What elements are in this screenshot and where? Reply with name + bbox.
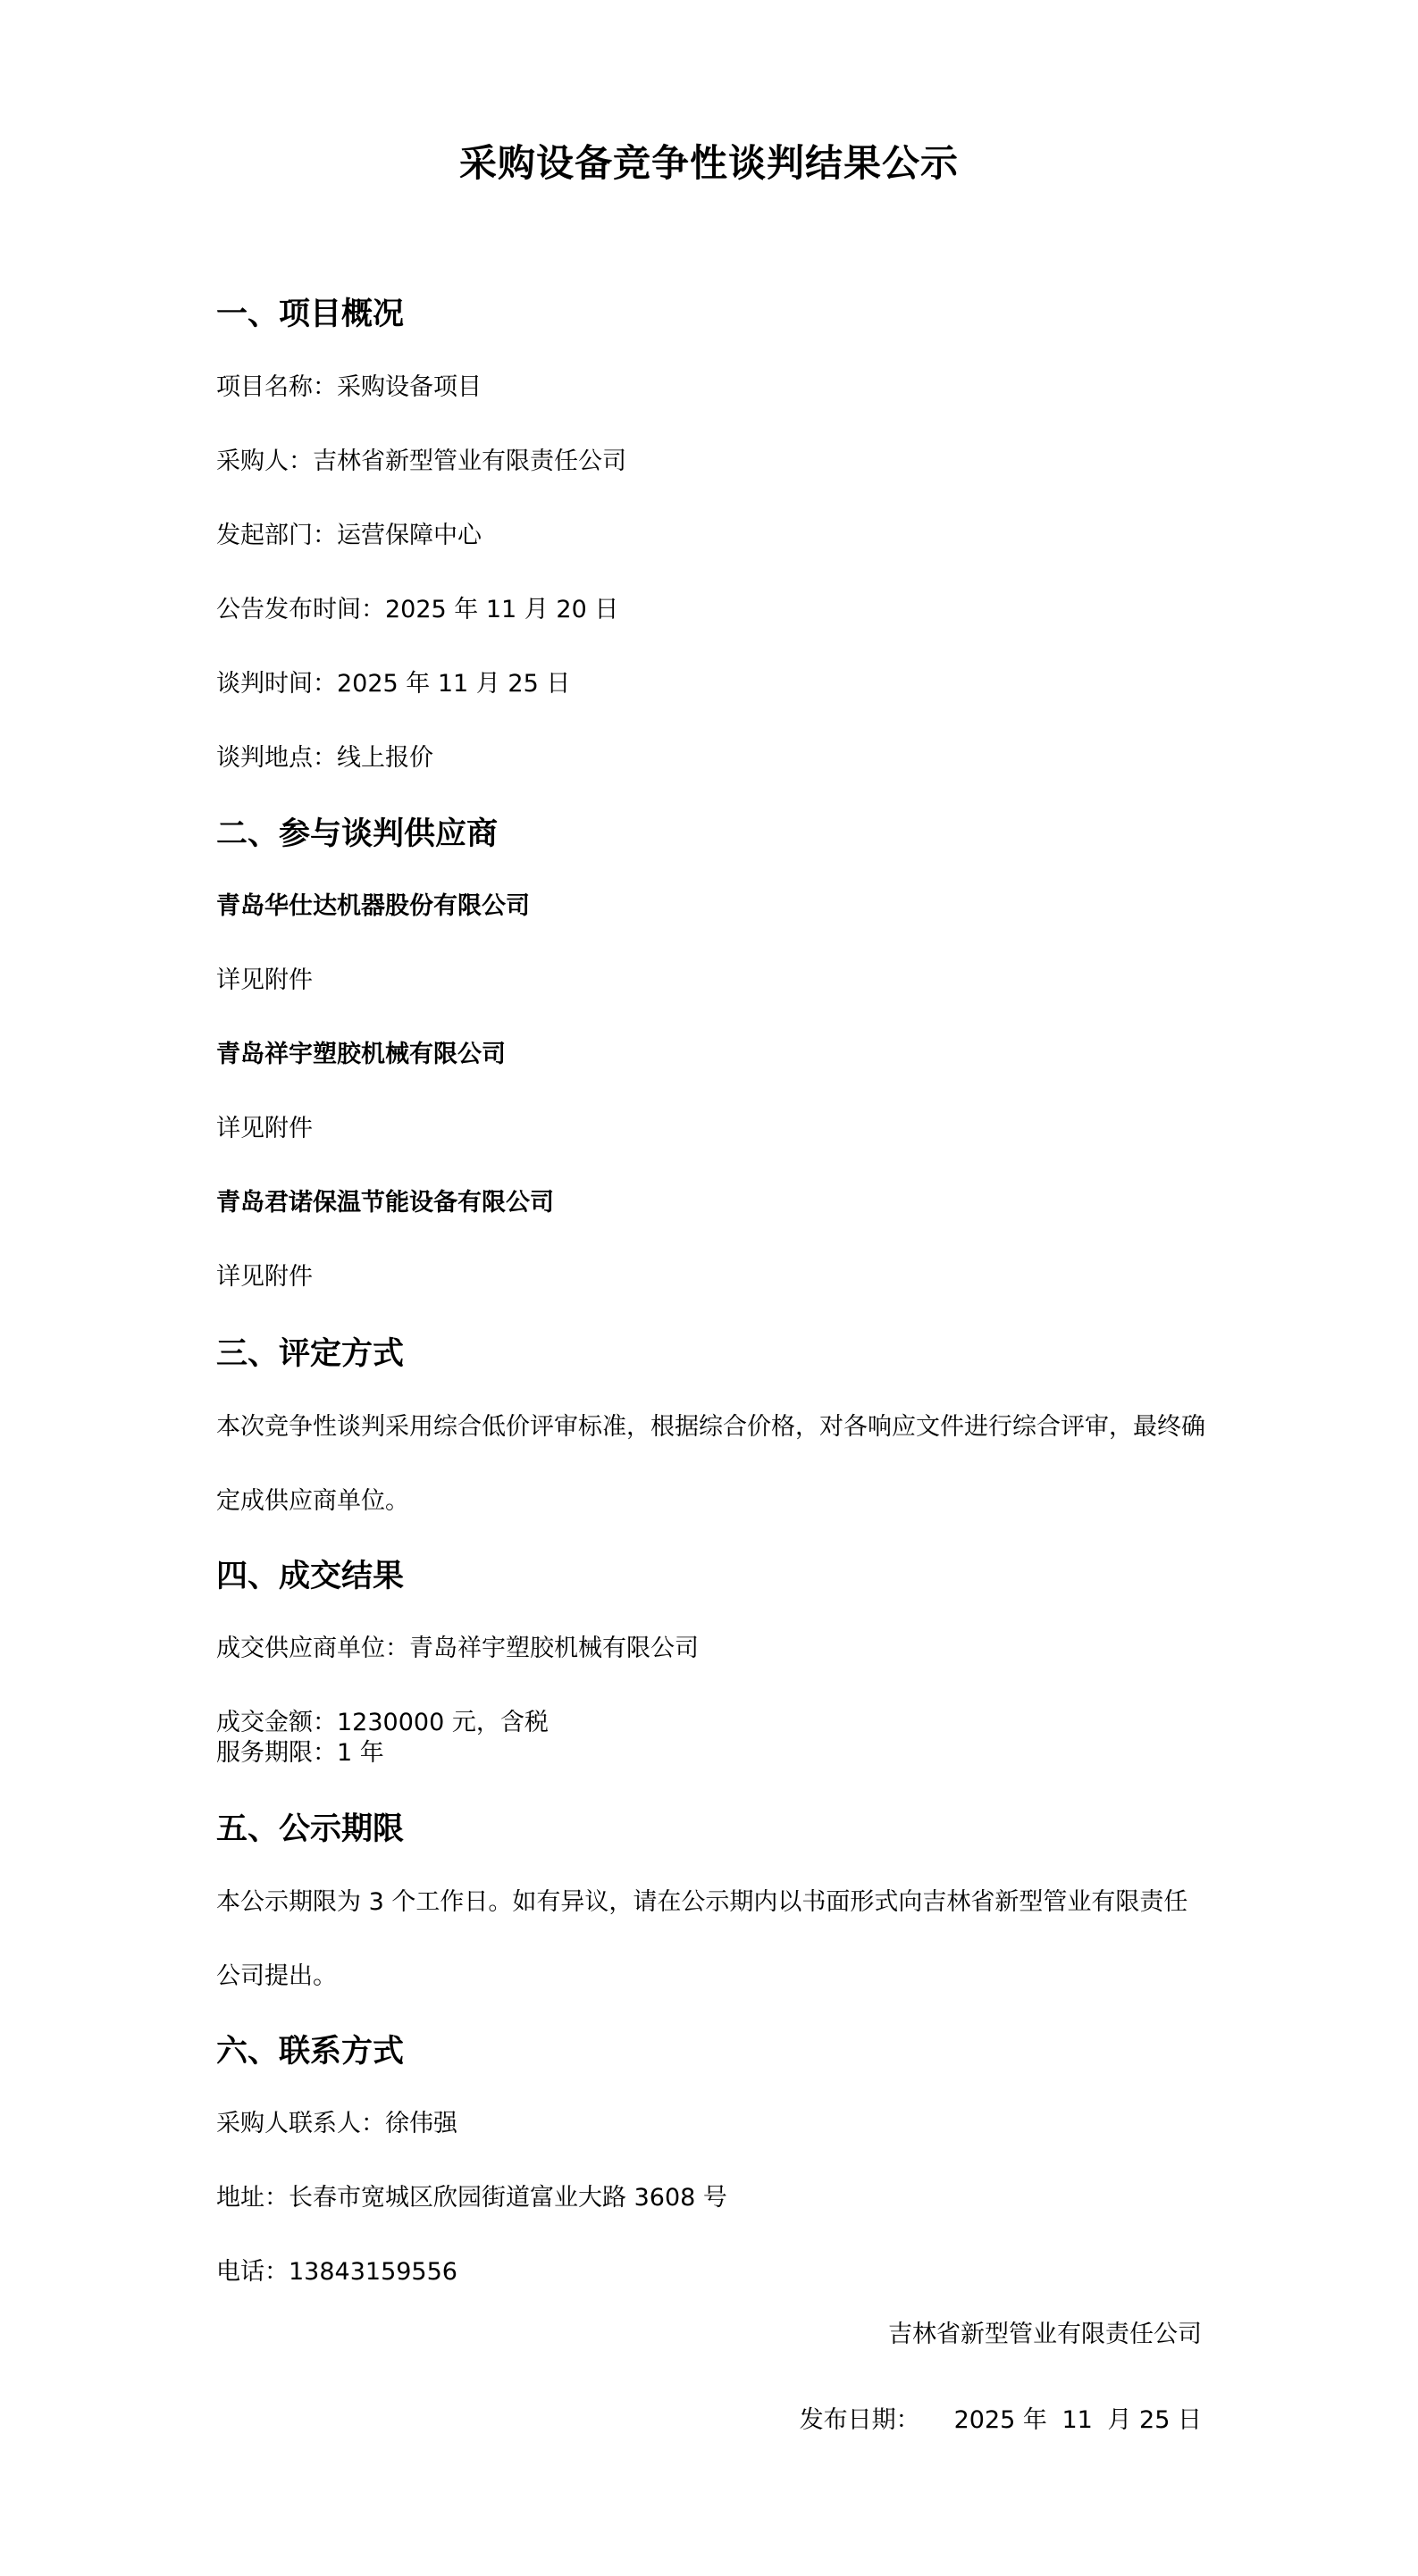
contact-person-line: 采购人联系人：徐伟强: [216, 2108, 457, 2140]
publish-date-month-unit: 月: [1107, 2406, 1131, 2434]
phone-line: 电话：13843159556: [216, 2256, 457, 2288]
contract-amount-line: 成交金额：1230000 元，含税: [216, 1707, 549, 1739]
publish-date-label: 发布日期：: [800, 2406, 920, 2434]
section-heading-contact: 六、联系方式: [216, 2032, 404, 2071]
project-name-line: 项目名称：采购设备项目: [216, 372, 482, 404]
publish-date-month: 11: [1062, 2406, 1093, 2434]
negotiation-time-line: 谈判时间：2025 年 11 月 25 日: [216, 668, 570, 700]
section-heading-evaluation-method: 三、评定方式: [216, 1334, 404, 1374]
section-heading-suppliers: 二、参与谈判供应商: [216, 815, 498, 854]
announcement-time-line: 公告发布时间：2025 年 11 月 20 日: [216, 594, 618, 626]
publish-date-line: 发布日期：2025 年 11 月 25 日: [800, 2405, 1202, 2437]
evaluation-method-paragraph: 本次竞争性谈判采用综合低价评审标准，根据综合价格，对各响应文件进行综合评审，最终…: [216, 1390, 1208, 1538]
supplier-name: 青岛华仕达机器股份有限公司: [216, 891, 530, 923]
signature-company: 吉林省新型管业有限责任公司: [888, 2319, 1202, 2351]
publicity-period-paragraph: 本公示期限为 3 个工作日。如有异议，请在公示期内以书面形式向吉林省新型管业有限…: [216, 1865, 1208, 2013]
section-heading-result: 四、成交结果: [216, 1557, 404, 1596]
supplier-detail: 详见附件: [216, 1113, 313, 1145]
address-line: 地址：长春市宽城区欣园街道富业大路 3608 号: [216, 2182, 727, 2214]
supplier-detail: 详见附件: [216, 965, 313, 997]
section-heading-publicity-period: 五、公示期限: [216, 1810, 404, 1849]
purchaser-line: 采购人：吉林省新型管业有限责任公司: [216, 446, 626, 478]
supplier-name: 青岛祥宇塑胶机械有限公司: [216, 1039, 506, 1071]
department-line: 发起部门：运营保障中心: [216, 520, 482, 552]
supplier-name: 青岛君诺保温节能设备有限公司: [216, 1187, 554, 1219]
winning-supplier-line: 成交供应商单位：青岛祥宇塑胶机械有限公司: [216, 1633, 699, 1665]
section-heading-project-overview: 一、项目概况: [216, 295, 404, 334]
publish-date-day: 25 日: [1139, 2406, 1202, 2434]
announcement-page: 采购设备竞争性谈判结果公示 一、项目概况 项目名称：采购设备项目 采购人：吉林省…: [0, 0, 1418, 2576]
document-title: 采购设备竞争性谈判结果公示: [0, 141, 1418, 186]
negotiation-location-line: 谈判地点：线上报价: [216, 742, 433, 774]
supplier-detail: 详见附件: [216, 1261, 313, 1293]
publish-date-year: 2025 年: [954, 2406, 1047, 2434]
service-period-line: 服务期限：1 年: [216, 1737, 384, 1769]
